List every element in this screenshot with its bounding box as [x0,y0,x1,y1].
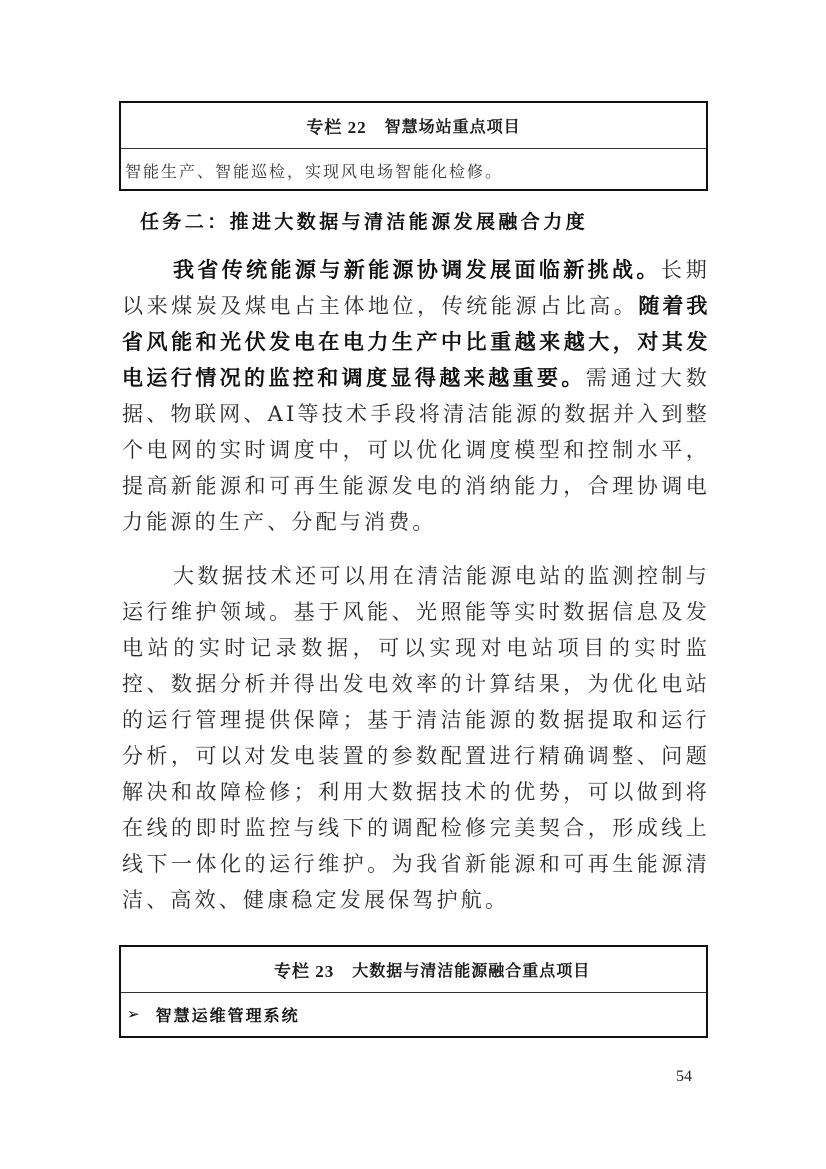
column-box-22-content: 智能生产、智能巡检，实现风电场智能化检修。 [121,149,706,191]
column-box-23-header: 专栏 23 大数据与清洁能源融合重点项目 [121,947,706,993]
column-box-23-title: 大数据与清洁能源融合重点项目 [352,958,590,981]
column-box-23-item: ➢ 智慧运维管理系统 [121,993,706,1035]
column-box-23: 专栏 23 大数据与清洁能源融合重点项目 ➢ 智慧运维管理系统 [119,945,708,1038]
column-box-22-header: 专栏 22 智慧场站重点项目 [121,103,706,149]
column-box-22: 专栏 22 智慧场站重点项目 智能生产、智能巡检，实现风电场智能化检修。 [119,101,708,191]
column-box-22-title: 智慧场站重点项目 [385,114,521,137]
paragraph-1-bold-1: 我省传统能源与新能源协调发展面临新挑战。 [173,258,661,282]
paragraph-1-text-2: 需通过大数据、物联网、AI等技术手段将清洁能源的数据并入到整个电网的实时调度中，… [122,366,710,534]
page-number: 54 [676,1068,692,1086]
column-box-22-number: 专栏 22 [306,113,366,138]
arrow-bullet-icon: ➢ [127,1005,142,1023]
column-box-23-number: 专栏 23 [274,957,334,982]
task-heading: 任务二：推进大数据与清洁能源发展融合力度 [140,207,588,234]
column-box-23-item-label: 智慧运维管理系统 [156,1003,300,1026]
paragraph-1: 我省传统能源与新能源协调发展面临新挑战。长期以来煤炭及煤电占主体地位，传统能源占… [122,252,710,540]
paragraph-2: 大数据技术还可以用在清洁能源电站的监测控制与运行维护领域。基于风能、光照能等实时… [122,558,710,918]
